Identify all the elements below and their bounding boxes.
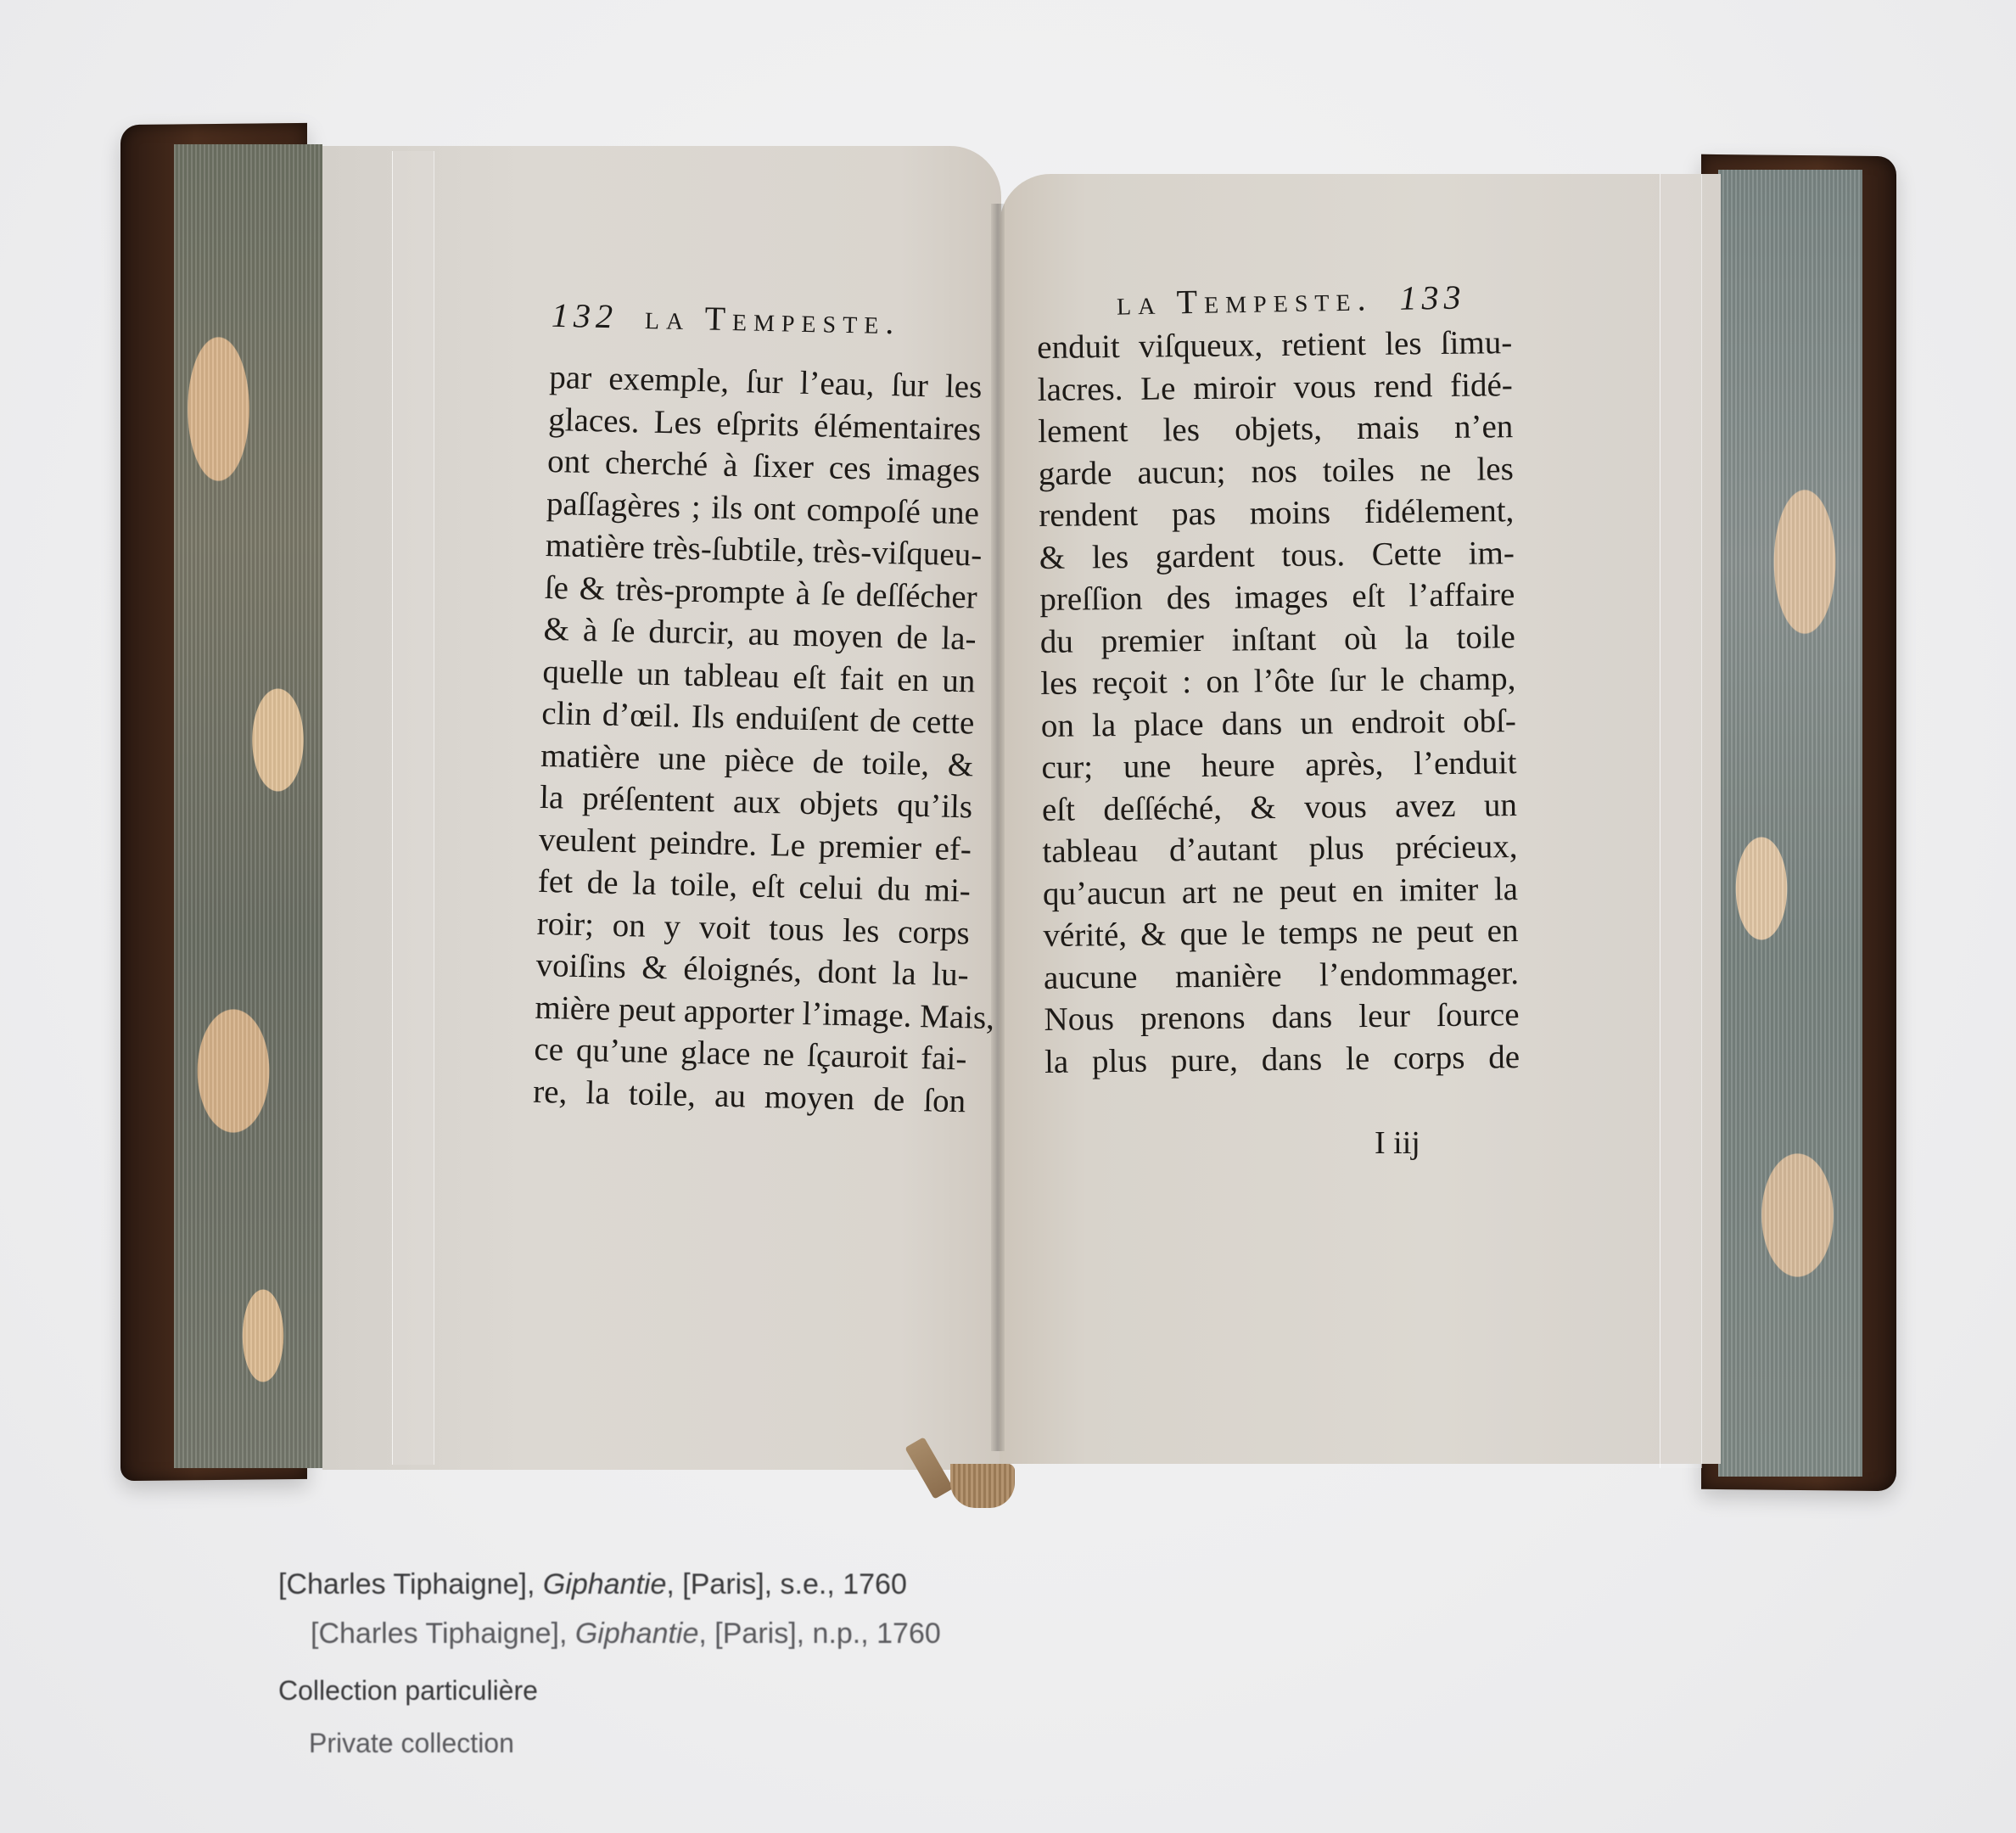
text-line: vérité, & que le temps ne peut en [1043,910,1518,956]
text-line: eſt deſſéché, & vous avez un [1042,784,1517,831]
text-line: lacres. Le miroir vous rend fidé- [1038,364,1513,411]
text-line: cur; une heure après, l’enduit [1041,742,1516,788]
text-line: rendent pas moins fidélement, [1039,490,1514,536]
left-running-title: la Tempeste. [645,298,901,341]
caption-title: Giphantie [543,1568,667,1600]
text-line: garde aucun; nos toiles ne les [1039,448,1514,495]
text-line: Nous prenons dans leur ſource [1044,994,1519,1040]
text-line: preſſion des images eſt l’affaire [1039,574,1515,620]
book-gutter [991,204,1005,1451]
caption-author: [Charles Tiphaigne], [311,1617,575,1650]
text-line: du premier inſtant où la toile [1040,616,1515,663]
left-running-head: 132 la Tempeste. [552,295,901,343]
caption-collection-english: Private collection [309,1728,514,1759]
open-book: 132 la Tempeste. la Tempeste. 133 par ex… [0,0,2016,1527]
right-running-head: la Tempeste. 133 [1117,277,1466,322]
caption-title: Giphantie [575,1617,699,1650]
text-line: tableau d’autant plus précieux, [1042,826,1517,872]
text-line: & les gardent tous. Cette im- [1039,532,1515,579]
right-marbled-fore-edge [1718,170,1862,1477]
right-running-title: la Tempeste. [1117,279,1373,322]
caption-french-citation: [Charles Tiphaigne], Giphantie, [Paris],… [278,1568,907,1601]
text-line: aucune manière l’endommager. [1044,952,1519,999]
text-line: enduit viſqueux, retient les ſimu- [1037,322,1512,368]
signature-mark: I iij [1375,1124,1420,1162]
text-line: les reçoit : on l’ôte ſur le champ, [1040,658,1515,704]
left-page-number: 132 [552,296,619,336]
bookmark-ribbon-frayed-end [950,1464,1015,1508]
text-line: qu’aucun art ne peut en imiter la [1043,868,1518,915]
left-marbled-fore-edge [174,144,322,1468]
right-acrylic-page-holder [1660,174,1702,1468]
left-page-text: par exemple, ſur l’eau, ſur les glaces. … [533,356,983,1122]
text-line: on la place dans un endroit obſ- [1041,700,1516,747]
text-line: la plus pure, dans le corps de [1044,1036,1520,1083]
caption-english-citation: [Charles Tiphaigne], Giphantie, [Paris],… [311,1617,941,1651]
right-page-number: 133 [1399,277,1466,317]
left-acrylic-page-holder [392,151,434,1465]
caption-imprint: , [Paris], s.e., 1760 [666,1568,906,1600]
caption-author: [Charles Tiphaigne], [278,1568,543,1600]
text-line: lement les objets, mais n’en [1038,406,1513,452]
caption-imprint: , [Paris], n.p., 1760 [698,1617,940,1650]
caption-collection-french: Collection particulière [278,1675,538,1707]
right-page-text: enduit viſqueux, retient les ſimu- lacre… [1037,322,1520,1083]
